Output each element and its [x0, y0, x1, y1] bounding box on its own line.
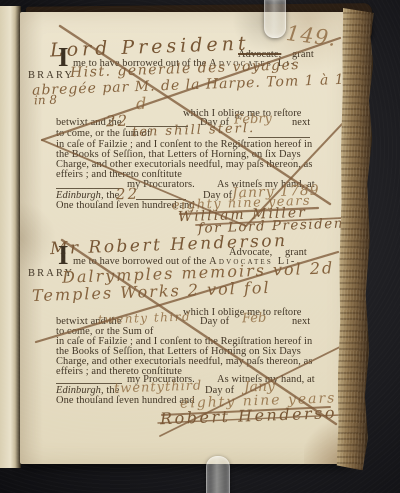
handwritten-book-format: in 8 [34, 93, 57, 108]
handwritten-due-day-superscript: d [136, 94, 147, 113]
manuscript-page: 149. Lord President I Advocate, grant me… [20, 12, 348, 464]
printed-day-of: Day of [200, 316, 229, 327]
handwritten-signed-day: twentythird [114, 378, 203, 396]
blank-rule [56, 178, 122, 189]
handwritten-sum: ten shill sterl. [132, 121, 256, 140]
printed-next: next [292, 316, 310, 327]
printed-thousand-line: One thouſand ſeven hundred and [56, 395, 195, 406]
handwritten-due-month: Feb [242, 311, 267, 327]
page-number: 149. [285, 21, 338, 51]
blank-rule [248, 127, 310, 138]
printed-brary: BRARY [28, 70, 74, 81]
page-restraint-clip-bottom [206, 456, 230, 493]
printed-initial: I [58, 243, 69, 267]
manuscript-photo: 149. Lord President I Advocate, grant me… [0, 0, 400, 493]
previous-page-edge [0, 6, 21, 468]
page-restraint-clip-top [264, 0, 286, 38]
handwritten-due-day: twenty third [98, 309, 192, 326]
blank-rule [56, 373, 122, 384]
printed-initial: I [58, 45, 69, 69]
